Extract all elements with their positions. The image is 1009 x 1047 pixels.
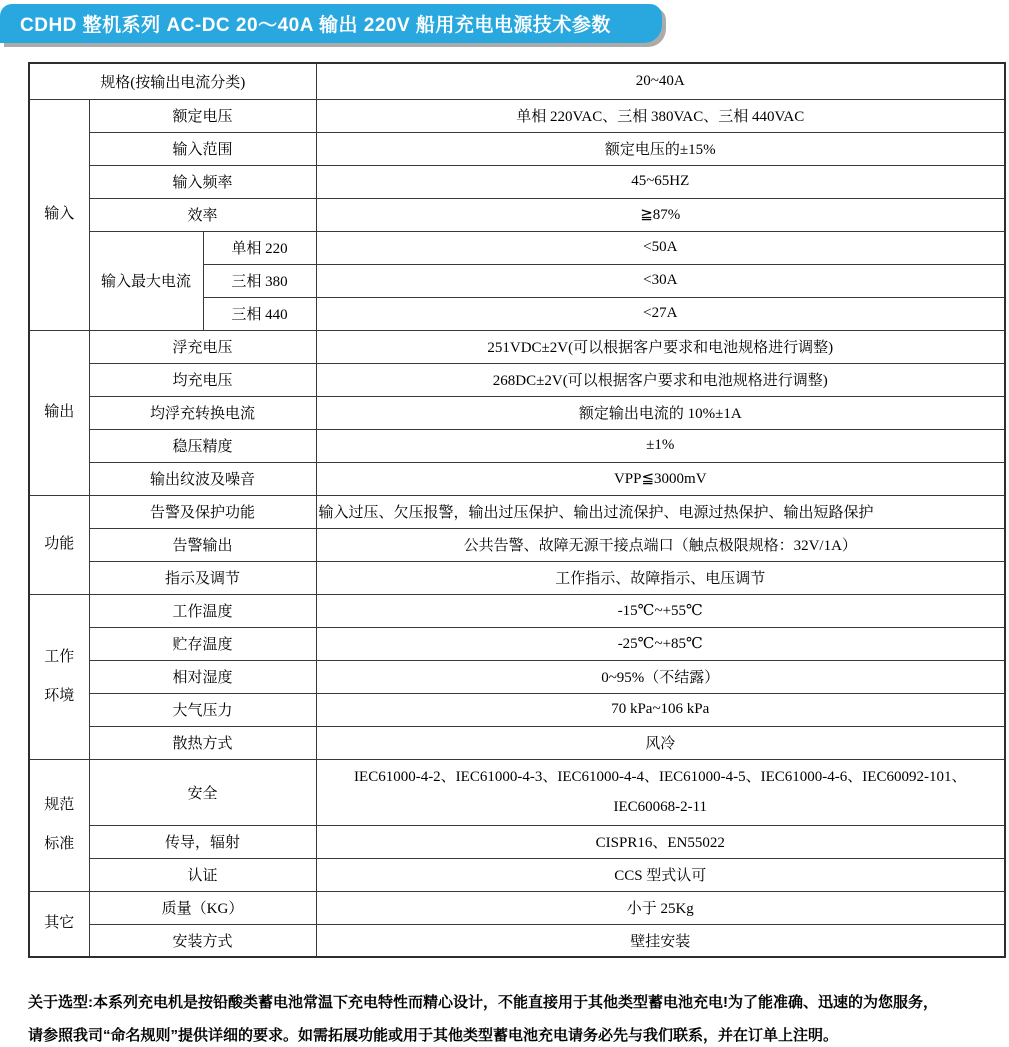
param-cell: 输入范围	[89, 132, 316, 165]
table-row: 大气压力 70 kPa~106 kPa	[29, 693, 1005, 726]
table-row: 认证 CCS 型式认可	[29, 858, 1005, 891]
table-row: 输入频率 45~65HZ	[29, 165, 1005, 198]
value-cell: 壁挂安装	[316, 924, 1005, 957]
table-row: 散热方式 风冷	[29, 726, 1005, 759]
value-line: IEC60068-2-11	[320, 792, 1001, 822]
table-row: 稳压精度 ±1%	[29, 429, 1005, 462]
table-row: 告警输出 公共告警、故障无源干接点端口（触点极限规格：32V/1A）	[29, 528, 1005, 561]
param-cell: 散热方式	[89, 726, 316, 759]
value-cell: 70 kPa~106 kPa	[316, 693, 1005, 726]
value-cell: <30A	[316, 264, 1005, 297]
param-cell: 大气压力	[89, 693, 316, 726]
value-cell: 小于 25Kg	[316, 891, 1005, 924]
value-cell: VPP≦3000mV	[316, 462, 1005, 495]
table-row: 其它 质量（KG） 小于 25Kg	[29, 891, 1005, 924]
category-label: 功能	[44, 525, 74, 564]
param-cell: 认证	[89, 858, 316, 891]
param-cell: 告警及保护功能	[89, 495, 316, 528]
category-label: 其它	[44, 904, 74, 943]
group-label-cell: 输入最大电流	[89, 231, 203, 330]
value-cell: 单相 220VAC、三相 380VAC、三相 440VAC	[316, 99, 1005, 132]
value-cell: CCS 型式认可	[316, 858, 1005, 891]
table-row: 输入最大电流 单相 220 <50A	[29, 231, 1005, 264]
param-cell: 输入频率	[89, 165, 316, 198]
spec-table: 规格(按输出电流分类) 20~40A 输入 额定电压 单相 220VAC、三相 …	[28, 62, 1006, 958]
param-cell: 质量（KG）	[89, 891, 316, 924]
table-row: 相对湿度 0~95%（不结露）	[29, 660, 1005, 693]
param-cell: 传导，辐射	[89, 825, 316, 858]
value-cell: 输入过压、欠压报警，输出过压保护、输出过流保护、电源过热保护、输出短路保护	[316, 495, 1005, 528]
param-cell: 效率	[89, 198, 316, 231]
table-row: 安装方式 壁挂安装	[29, 924, 1005, 957]
category-label: 输出	[44, 393, 74, 432]
value-cell: ≧87%	[316, 198, 1005, 231]
table-row: 规范标准 安全 IEC61000-4-2、IEC61000-4-3、IEC610…	[29, 759, 1005, 825]
category-cell-other: 其它	[29, 891, 89, 957]
value-cell: 风冷	[316, 726, 1005, 759]
table-row: 贮存温度 -25℃~+85℃	[29, 627, 1005, 660]
table-row: 功能 告警及保护功能 输入过压、欠压报警，输出过压保护、输出过流保护、电源过热保…	[29, 495, 1005, 528]
value-cell: <27A	[316, 297, 1005, 330]
value-cell: 额定输出电流的 10%±1A	[316, 396, 1005, 429]
page: CDHD 整机系列 AC-DC 20～40A 输出 220V 船用充电电源技术参…	[0, 0, 1009, 1047]
table-row: 规格(按输出电流分类) 20~40A	[29, 63, 1005, 99]
table-row: 输出纹波及噪音 VPP≦3000mV	[29, 462, 1005, 495]
footer-note: 关于选型:本系列充电机是按铅酸类蓄电池常温下充电特性而精心设计，不能直接用于其他…	[28, 986, 990, 1047]
param-cell: 稳压精度	[89, 429, 316, 462]
table-row: 输入范围 额定电压的±15%	[29, 132, 1005, 165]
table-row: 工作环境 工作温度 -15℃~+55℃	[29, 594, 1005, 627]
param-cell: 均浮充转换电流	[89, 396, 316, 429]
param-cell: 浮充电压	[89, 330, 316, 363]
table-row: 输出 浮充电压 251VDC±2V(可以根据客户要求和电池规格进行调整)	[29, 330, 1005, 363]
param-cell: 均充电压	[89, 363, 316, 396]
category-cell-input: 输入	[29, 99, 89, 330]
sub-param-cell: 三相 380	[203, 264, 316, 297]
value-cell: ±1%	[316, 429, 1005, 462]
value-cell: <50A	[316, 231, 1005, 264]
param-cell: 指示及调节	[89, 561, 316, 594]
category-cell-function: 功能	[29, 495, 89, 594]
category-label: 输入	[44, 195, 74, 234]
value-cell: 额定电压的±15%	[316, 132, 1005, 165]
footer-line: 关于选型:本系列充电机是按铅酸类蓄电池常温下充电特性而精心设计，不能直接用于其他…	[28, 986, 990, 1019]
category-cell-environment: 工作环境	[29, 594, 89, 759]
sub-param-cell: 单相 220	[203, 231, 316, 264]
param-cell: 安全	[89, 759, 316, 825]
value-cell: 工作指示、故障指示、电压调节	[316, 561, 1005, 594]
value-cell: 公共告警、故障无源干接点端口（触点极限规格：32V/1A）	[316, 528, 1005, 561]
value-cell: CISPR16、EN55022	[316, 825, 1005, 858]
spec-label-cell: 规格(按输出电流分类)	[29, 63, 316, 99]
sub-param-cell: 三相 440	[203, 297, 316, 330]
category-label: 工作环境	[44, 638, 74, 716]
value-cell: -15℃~+55℃	[316, 594, 1005, 627]
param-cell: 输出纹波及噪音	[89, 462, 316, 495]
value-cell: IEC61000-4-2、IEC61000-4-3、IEC61000-4-4、I…	[316, 759, 1005, 825]
value-cell: -25℃~+85℃	[316, 627, 1005, 660]
table-row: 效率 ≧87%	[29, 198, 1005, 231]
value-cell: 45~65HZ	[316, 165, 1005, 198]
param-cell: 安装方式	[89, 924, 316, 957]
title-banner: CDHD 整机系列 AC-DC 20～40A 输出 220V 船用充电电源技术参…	[0, 4, 662, 43]
spec-value-cell: 20~40A	[316, 63, 1005, 99]
value-cell: 251VDC±2V(可以根据客户要求和电池规格进行调整)	[316, 330, 1005, 363]
category-cell-output: 输出	[29, 330, 89, 495]
category-cell-standards: 规范标准	[29, 759, 89, 891]
value-cell: 268DC±2V(可以根据客户要求和电池规格进行调整)	[316, 363, 1005, 396]
param-cell: 告警输出	[89, 528, 316, 561]
page-title: CDHD 整机系列 AC-DC 20～40A 输出 220V 船用充电电源技术参…	[0, 10, 611, 37]
table-row: 均浮充转换电流 额定输出电流的 10%±1A	[29, 396, 1005, 429]
param-cell: 相对湿度	[89, 660, 316, 693]
table-row: 输入 额定电压 单相 220VAC、三相 380VAC、三相 440VAC	[29, 99, 1005, 132]
category-label: 规范标准	[44, 786, 74, 864]
param-cell: 贮存温度	[89, 627, 316, 660]
value-line: IEC61000-4-2、IEC61000-4-3、IEC61000-4-4、I…	[320, 762, 1001, 792]
table-row: 均充电压 268DC±2V(可以根据客户要求和电池规格进行调整)	[29, 363, 1005, 396]
param-cell: 额定电压	[89, 99, 316, 132]
table-row: 传导，辐射 CISPR16、EN55022	[29, 825, 1005, 858]
value-cell: 0~95%（不结露）	[316, 660, 1005, 693]
param-cell: 工作温度	[89, 594, 316, 627]
table-row: 指示及调节 工作指示、故障指示、电压调节	[29, 561, 1005, 594]
footer-line: 请参照我司“命名规则”提供详细的要求。如需拓展功能或用于其他类型蓄电池充电请务必…	[28, 1019, 990, 1047]
